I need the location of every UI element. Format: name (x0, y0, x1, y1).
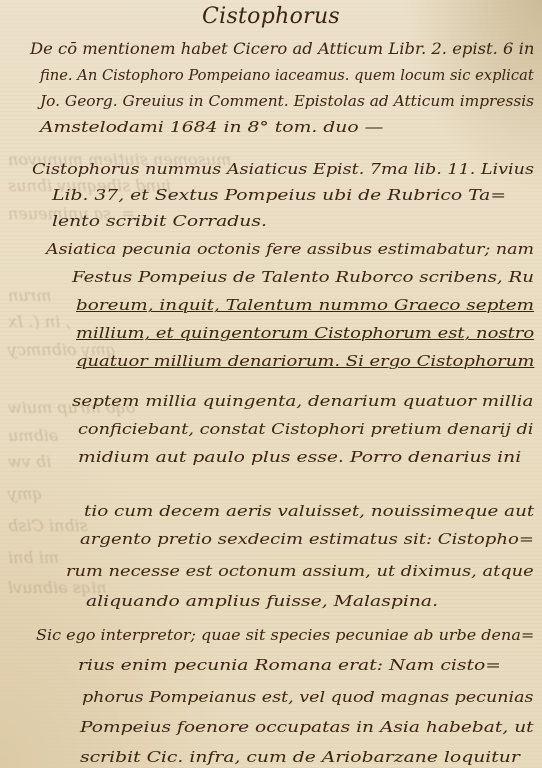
text-line-underlined: boreum, inquit, Talentum nummo Graeco se… (76, 296, 534, 314)
text-line: midium aut paulo plus esse. Porro denari… (78, 448, 521, 466)
text-line: conficiebant, constat Cistophori pretium… (78, 420, 533, 438)
text-line-underlined: quatuor millium denariorum. Si ergo Cist… (76, 352, 534, 370)
text-line: Amstelodami 1684 in 8° tom. duo — (40, 118, 383, 136)
text-line: Lib. 37, et Sextus Pompeius ubi de Rubri… (52, 186, 506, 204)
text-line: tio cum decem aeris valuisset, nouissime… (84, 502, 534, 520)
manuscript-page: musomen siutiem munuvon jund sibeqnuv ib… (0, 0, 542, 768)
text-line: Jo. Georg. Greuius in Comment. Epistolas… (40, 92, 534, 110)
document-title: Cistophorus (0, 4, 542, 29)
text-line: Cistophorus nummus Asiaticus Epist. 7ma … (32, 160, 534, 178)
show-through-ink: musomen siutiem munuvon jund sibeqnuv ib… (0, 0, 542, 768)
text-line: rius enim pecunia Romana erat: Nam cisto… (78, 656, 501, 674)
text-line: rum necesse est octonum assium, ut dixim… (66, 562, 534, 580)
text-line: Pompeius foenore occupatas in Asia habeb… (80, 718, 534, 736)
text-line: phorus Pompeianus est, vel quod magnas p… (82, 688, 533, 706)
text-line: Festus Pompeius de Talento Ruborco scrib… (72, 268, 534, 286)
text-line: argento pretio sexdecim estimatus sit: C… (80, 530, 534, 548)
text-line: De cō mentionem habet Cicero ad Atticum … (30, 40, 534, 58)
text-line: fine. An Cistophoro Pompeiano iaceamus. … (40, 66, 534, 84)
text-line: septem millia quingenta, denarium quatuo… (72, 392, 533, 410)
text-line: Sic ego interpretor; quae sit species pe… (36, 626, 534, 644)
text-line: scribit Cic. infra, cum de Ariobarzane l… (80, 748, 520, 766)
text-line: Asiatica pecunia octonis fere assibus es… (46, 240, 534, 258)
text-line: aliquando amplius fuisse, Malaspina. (86, 592, 438, 610)
text-line: lento scribit Corradus. (52, 212, 267, 230)
text-line-underlined: millium, et quingentorum Cistophorum est… (76, 324, 534, 342)
